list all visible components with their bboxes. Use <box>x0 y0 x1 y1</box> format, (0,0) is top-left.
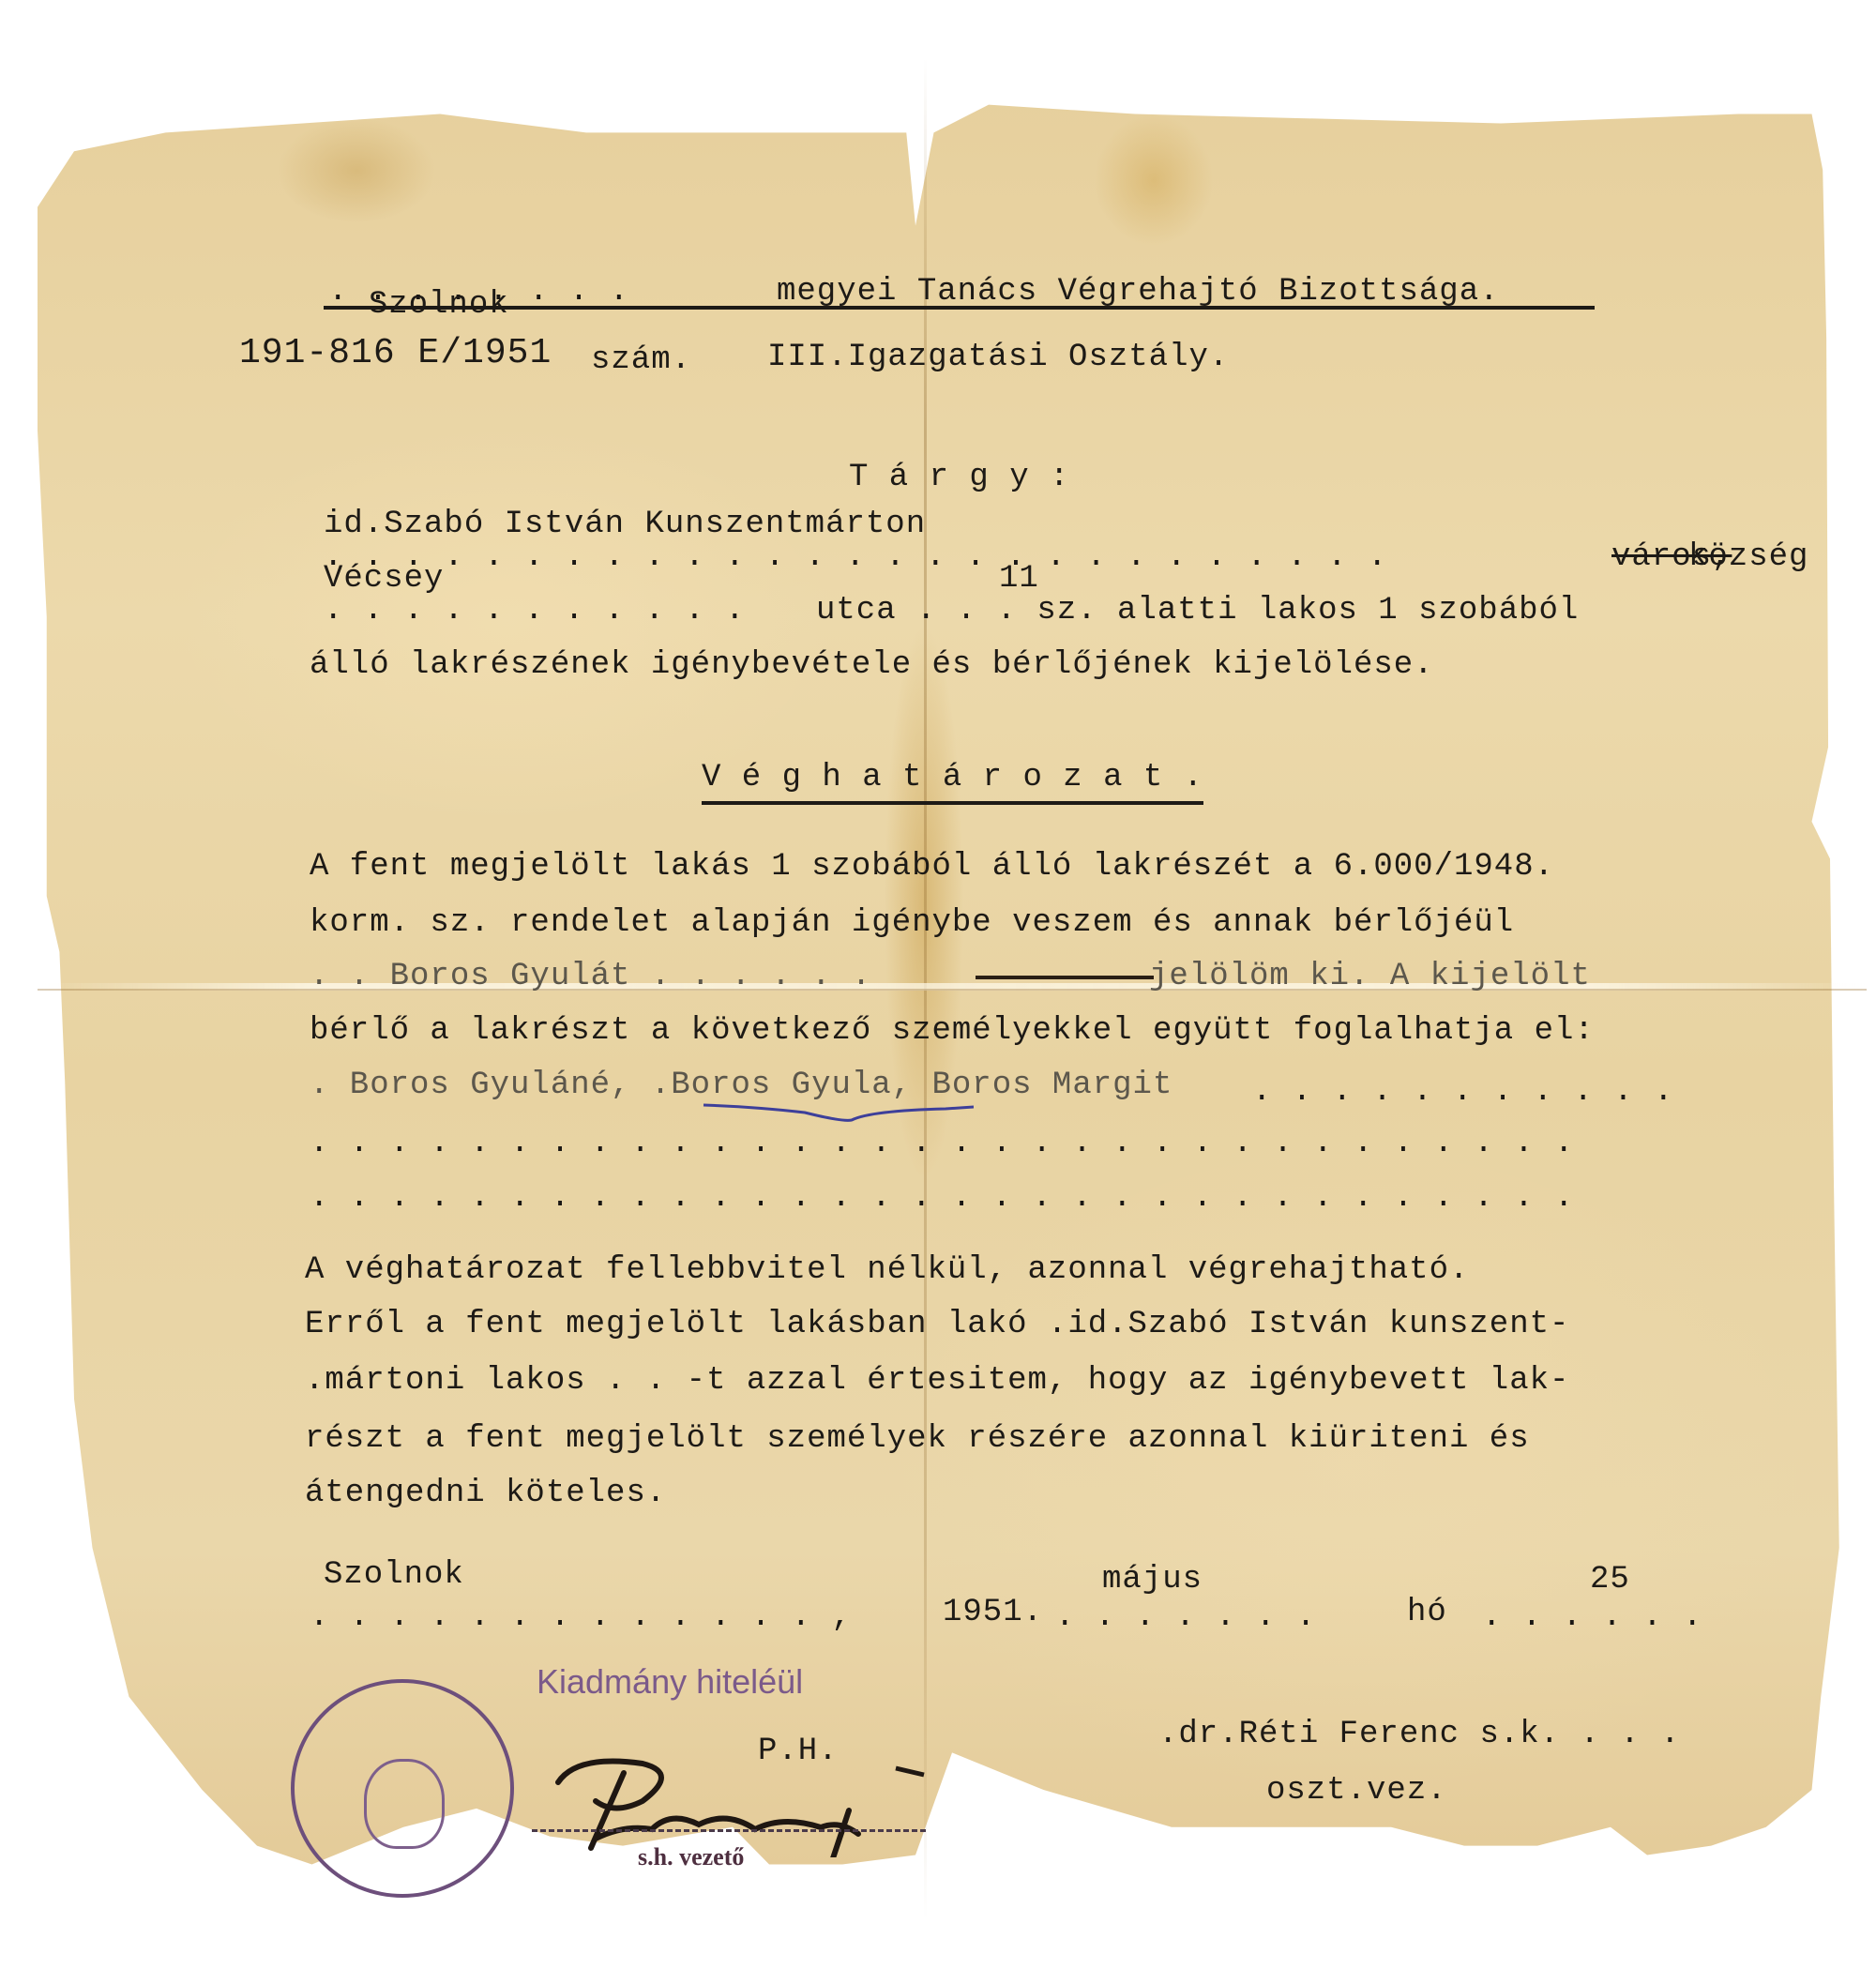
decision-line-4: bérlő a lakrészt a következő személyekke… <box>310 1013 1595 1049</box>
execution-line-2: Erről a fent megjelölt lakásban lakó .id… <box>305 1307 1569 1342</box>
date-year: 1951. <box>943 1595 1043 1630</box>
date-day: 25 <box>1590 1562 1630 1598</box>
certification-stamp: Kiadmány hiteléül <box>537 1662 803 1702</box>
subject-dots-1: . . . . . . . . . . . . . . . . . . . . … <box>324 539 1387 575</box>
case-suffix: szám. <box>591 342 691 378</box>
coat-of-arms-icon <box>364 1759 445 1849</box>
city-type: község <box>1688 539 1808 575</box>
handwritten-signature <box>539 1745 933 1857</box>
decision-title: V é g h a t á r o z a t . <box>702 760 1203 805</box>
tenant-rule <box>976 976 1154 979</box>
date-dots-b: . . . . . . . <box>1055 1599 1316 1635</box>
execution-line-1: A véghatározat fellebbvitel nélkül, azon… <box>305 1252 1469 1288</box>
execution-line-4: részt a fent megjelölt személyek részére… <box>305 1421 1530 1457</box>
header-authority: megyei Tanács Végrehajtó Bizottsága. <box>777 274 1500 310</box>
dots-row-a: . . . . . . . . . . . . . . . . . . . . … <box>310 1126 1574 1161</box>
house-number: 11 <box>999 561 1039 597</box>
decision-line-1: A fent megjelölt lakás 1 szobából álló l… <box>310 849 1554 885</box>
department: III.Igazgatási Osztály. <box>767 340 1229 375</box>
date-place: Szolnok <box>324 1557 464 1593</box>
date-dots-a: . . . . . . . . . . . . . , <box>310 1599 852 1635</box>
resident-name: id.Szabó István Kunszentmárton <box>324 507 926 542</box>
signature-line <box>532 1829 926 1832</box>
date-dots-c: . . . . . . <box>1482 1599 1702 1635</box>
pen-underline <box>702 1099 974 1128</box>
date-month: május <box>1102 1562 1203 1598</box>
occupants: . Boros Gyuláné, .Boros Gyula, Boros Mar… <box>310 1068 1172 1103</box>
header-dots: . . . . . . . . <box>328 274 629 310</box>
street-name: Vécsey <box>324 561 444 597</box>
tenant-name: . . Boros Gyulát . . . . . . <box>310 959 871 994</box>
signatory-title: oszt.vez. <box>1266 1773 1447 1809</box>
execution-line-3: .mártoni lakos . . -t azzal értesitem, h… <box>305 1363 1569 1399</box>
subject-label: T á r g y : <box>849 460 1069 495</box>
subject-dots-2: . . . . . . . . . . . <box>324 593 745 629</box>
decision-line-2: korm. sz. rendelet alapján igénybe vesze… <box>310 905 1514 941</box>
dots-row-b: . . . . . . . . . . . . . . . . . . . . … <box>310 1180 1574 1216</box>
role-stamp: s.h. vezető <box>638 1843 744 1871</box>
street-label: utca . . . sz. alatti lakos 1 szobából <box>816 593 1579 629</box>
date-month-suffix: hó <box>1407 1595 1447 1630</box>
case-number: 191-816 E/1951 <box>239 333 552 373</box>
signatory-name: .dr.Réti Ferenc s.k. . . . <box>1158 1717 1681 1752</box>
tenant-suffix: jelölöm ki. A kijelölt <box>1149 959 1591 994</box>
subject-description: álló lakrészének igénybevétele és bérlőj… <box>310 647 1434 683</box>
occupants-dots: . . . . . . . . . . . <box>1252 1074 1673 1110</box>
execution-line-5: átengedni köteles. <box>305 1476 666 1511</box>
